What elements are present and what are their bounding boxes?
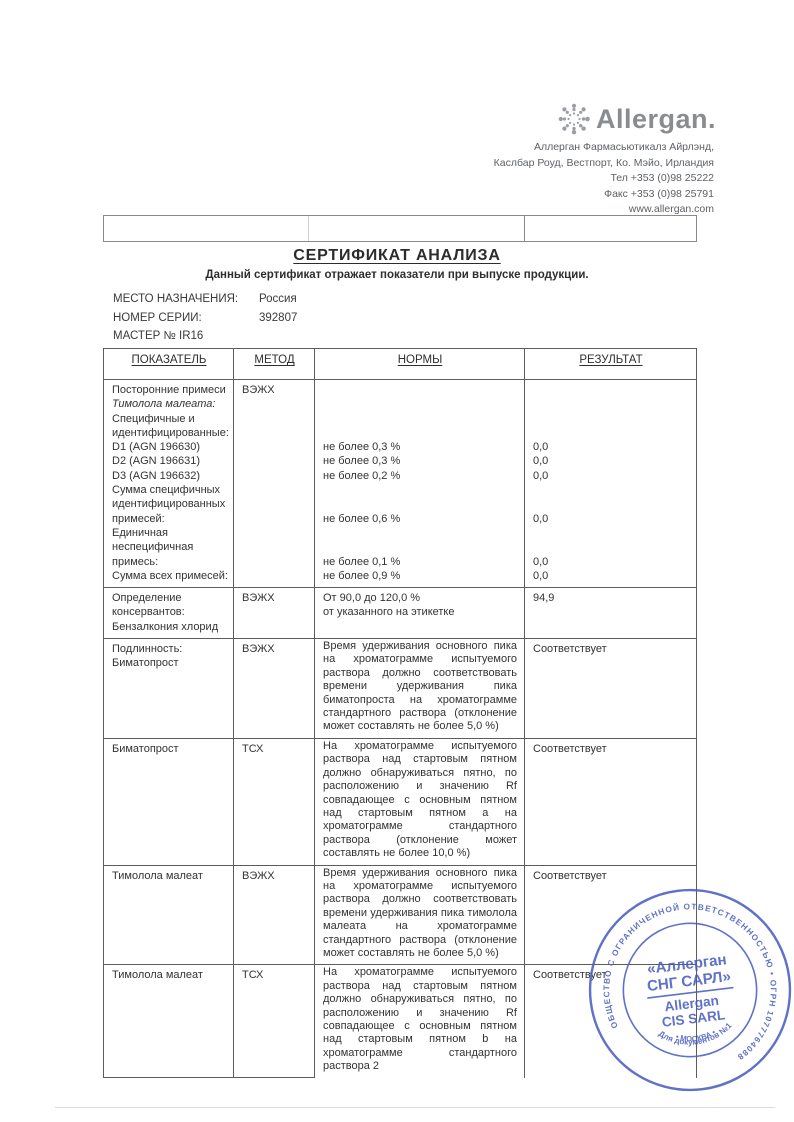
page-title: СЕРТИФИКАТ АНАЛИЗА: [0, 247, 794, 265]
divider: [524, 216, 525, 241]
empty-header-box: [103, 215, 697, 242]
method-cell: ТСХ: [233, 739, 314, 865]
impurities-indicator-cell: Посторонние примеси Тимолола малеата: Сп…: [104, 380, 233, 587]
norms-cell: Время удерживания основного пика на хром…: [314, 866, 524, 965]
company-stamp: ОБЩЕСТВО С ОГРАНИЧЕННОЙ ОТВЕТСТВЕННОСТЬЮ…: [572, 872, 794, 1108]
destination-value: Россия: [259, 293, 297, 305]
table-row-identity-bimatoprost-hplc: Подлинность: Биматопрост ВЭЖХ Время удер…: [104, 638, 696, 738]
company-address-line: Каслбар Роуд, Вестпорт, Ко. Мэйо, Ирланд…: [494, 156, 714, 172]
scan-artifact-line: [55, 1107, 775, 1108]
company-fax-line: Факс +353 (0)98 25791: [494, 187, 714, 203]
method-cell: ВЭЖХ: [233, 866, 314, 965]
destination-label: МЕСТО НАЗНАЧЕНИЯ:: [113, 293, 259, 305]
result-cell: Соответствует: [524, 739, 696, 865]
col-header-result: РЕЗУЛЬТАТ: [579, 354, 642, 366]
norms-cell: На хроматограмме испытуемого раствора на…: [314, 739, 524, 865]
master-row: МАСТЕР № IR16: [113, 330, 297, 349]
col-header-norms: НОРМЫ: [398, 354, 443, 366]
batch-number-label: НОМЕР СЕРИИ:: [113, 312, 259, 324]
result-cell: Соответствует: [524, 639, 696, 738]
page-subtitle: Данный сертификат отражает показатели пр…: [0, 269, 794, 281]
indicator-cell: Биматопрост: [104, 739, 233, 865]
impurities-norms-cell: не более 0,3 % не более 0,3 % не более 0…: [314, 380, 524, 587]
company-name-line: Аллерган Фармасьютикалз Айрлэнд,: [494, 140, 714, 156]
impurities-result-cell: 0,0 0,0 0,0 0,0 0,0 0,0: [524, 380, 696, 587]
indicator-cell: Тимолола малеат: [104, 965, 233, 1077]
allergan-wordmark: Allergan.: [596, 104, 716, 135]
letterhead: Allergan. Аллерган Фармасьютикалз Айрлэн…: [494, 102, 714, 218]
norms-cell: На хроматограмме испытуемого раствора на…: [314, 965, 524, 1077]
indicator-cell: Подлинность: Биматопрост: [104, 639, 233, 738]
col-header-method: МЕТОД: [254, 354, 294, 366]
method-cell: ТСХ: [233, 965, 314, 1077]
certificate-page: Allergan. Аллерган Фармасьютикалз Айрлэн…: [0, 0, 794, 1122]
batch-number-value: 392807: [259, 312, 297, 324]
method-cell: ВЭЖХ: [233, 639, 314, 738]
preservatives-norms-cell: От 90,0 до 120,0 % от указанного на этик…: [314, 588, 524, 638]
table-row-impurities: Посторонние примеси Тимолола малеата: Сп…: [104, 379, 696, 587]
divider: [308, 216, 309, 241]
preservatives-method-cell: ВЭЖХ: [233, 588, 314, 638]
table-row-preservatives: Определение консервантов: Бензалкония хл…: [104, 587, 696, 638]
indicator-cell: Тимолола малеат: [104, 866, 233, 965]
certificate-info: МЕСТО НАЗНАЧЕНИЯ:Россия НОМЕР СЕРИИ:3928…: [113, 293, 297, 349]
company-phone-line: Тел +353 (0)98 25222: [494, 171, 714, 187]
norms-cell: Время удерживания основного пика на хром…: [314, 639, 524, 738]
table-header-row: ПОКАЗАТЕЛЬ МЕТОД НОРМЫ РЕЗУЛЬТАТ: [104, 349, 696, 379]
col-header-indicator: ПОКАЗАТЕЛЬ: [132, 354, 207, 366]
destination-row: МЕСТО НАЗНАЧЕНИЯ:Россия: [113, 293, 297, 312]
master-label: МАСТЕР № IR16: [113, 330, 203, 342]
allergan-starburst-icon: [557, 102, 591, 136]
table-row-identity-bimatoprost-tlc: Биматопрост ТСХ На хроматограмме испытуе…: [104, 738, 696, 865]
preservatives-indicator-cell: Определение консервантов: Бензалкония хл…: [104, 588, 233, 638]
impurities-method-cell: ВЭЖХ: [233, 380, 314, 587]
preservatives-result-cell: 94,9: [524, 588, 696, 638]
batch-number-row: НОМЕР СЕРИИ:392807: [113, 312, 297, 331]
allergan-logo: Allergan.: [494, 102, 716, 136]
